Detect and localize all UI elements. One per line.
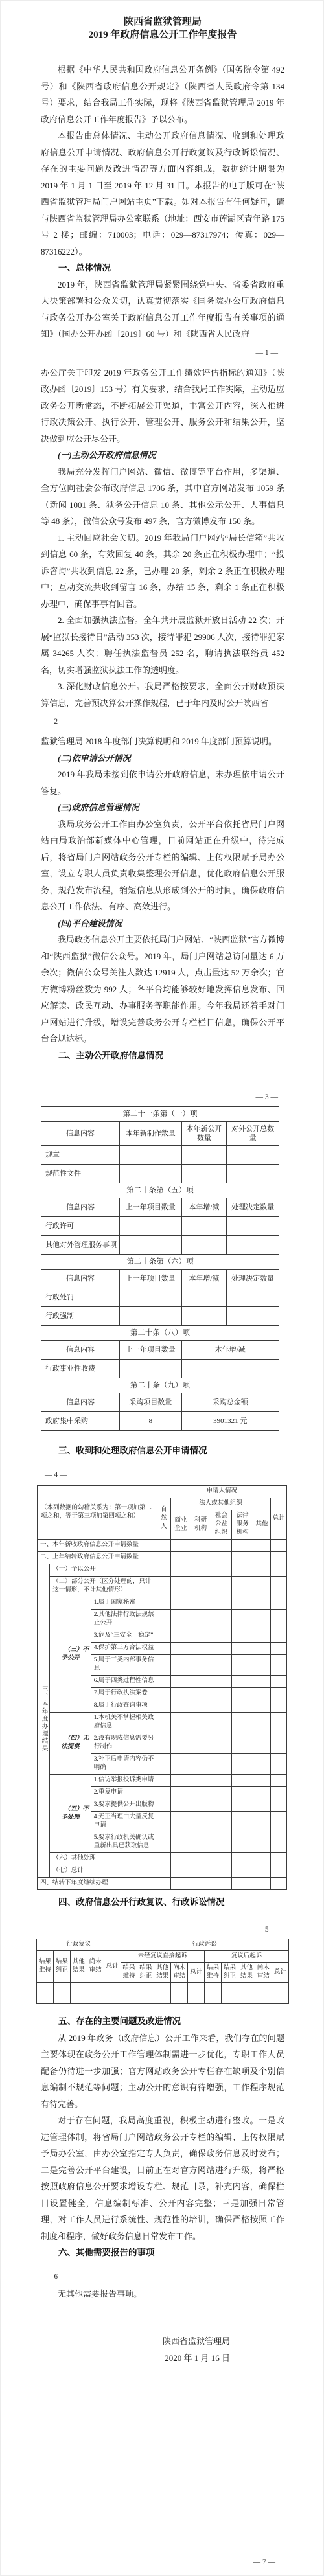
table-cell: 信息内容: [41, 1393, 120, 1412]
table-cell-empty: [211, 1733, 232, 1753]
table-cell-empty: [181, 1165, 227, 1183]
table-cell-empty: [191, 1597, 211, 1609]
document-content: 陕西省监狱管理局 2019 年政府信息公开工作年度报告 根据《中华人民共和国政府…: [1, 1, 323, 2366]
table-cell: 第二十条第（六）项: [41, 1255, 279, 1270]
table-cell-empty: [181, 1236, 227, 1255]
table-cell-empty: [211, 1832, 232, 1852]
table-cell: 行政处罚: [41, 1288, 120, 1307]
table-cell-empty: [170, 1877, 191, 1889]
table-cell-empty: [270, 1753, 286, 1774]
table-cell: 规章: [41, 1146, 120, 1165]
table-cell-empty: [120, 1288, 181, 1307]
table-cell-empty: [211, 1654, 232, 1675]
table-cell: 第二十条第（五）项: [41, 1183, 279, 1198]
subheading-active-disclosure: (一)主动公开政府信息情况: [41, 447, 284, 464]
table-cell-empty: [232, 1786, 253, 1799]
table-cell-empty: [211, 1675, 232, 1687]
table-cell: 总计: [270, 1498, 286, 1539]
paragraph-finance-a: 3. 深化财政信息公开。我局严格按要求，全面公开财政预决算信息，完善预决算公开操…: [41, 678, 284, 711]
table-cell-empty: [232, 1675, 253, 1687]
table-cell-empty: [253, 1774, 271, 1786]
table-cell-empty: [191, 1687, 211, 1700]
table-cell-empty: [157, 1852, 170, 1865]
table-cell-empty: [232, 1865, 253, 1877]
table-cell-empty: [270, 1597, 286, 1609]
table-cell: 4.保护第三方合法权益: [91, 1642, 157, 1654]
table-cell: 5.属于三类内部事务信息: [91, 1654, 157, 1675]
table-cell: 信息内容: [41, 1122, 120, 1146]
table-cell-empty: [211, 1609, 232, 1630]
paragraph-overview-a: 2019 年，陕西省监狱管理局紧紧围绕党中央、省委省政府重大决策部署和公众关切，…: [41, 277, 284, 343]
table-cell-empty: [157, 1712, 170, 1733]
table-cell: 处理决定数量: [227, 1270, 279, 1288]
table-cell: 对外公开总数量: [227, 1122, 279, 1146]
table-cell-empty: [191, 1654, 211, 1675]
table-cell-empty: [211, 1786, 232, 1799]
table-cell: 1.本机关不掌握相关政府信息: [91, 1712, 157, 1733]
paragraph-improvements: 对于存在问题，我局高度重视，积极主动进行整改。一是改进管理体制，将省局门户网站政…: [41, 2112, 284, 2244]
table-cell: 第二十条（八）项: [41, 1326, 279, 1341]
table-cell: （六）其他处理: [50, 1852, 157, 1865]
table-cell-empty: [227, 1146, 279, 1165]
table-cell: 1.信访举报投诉类申请: [91, 1774, 157, 1786]
table-cell: 其他: [253, 1510, 271, 1539]
table-cell-empty: [253, 1675, 271, 1687]
table-cell-empty: [191, 1564, 211, 1576]
table-cell-empty: [270, 1733, 286, 1753]
table-cell-empty: [211, 1576, 232, 1597]
table-cell-empty: [232, 1799, 253, 1811]
table-cell: 3.要求提供公开出版物: [91, 1799, 157, 1811]
table-cell-empty: [120, 1360, 181, 1378]
table-cell-empty: [253, 1564, 271, 1576]
table-cell-empty: [157, 1811, 170, 1832]
table-cell-empty: [270, 1712, 286, 1733]
paragraph-on-request: 2019 年我局未接到依申请公开政府信息，未办理依申请公开答复。: [41, 766, 284, 799]
table-cell: 上一年项目数量: [120, 1198, 181, 1217]
table-cell-empty: [232, 1753, 253, 1774]
table-cell-empty: [170, 1609, 191, 1630]
table-cell-empty: [191, 1877, 211, 1889]
table-cell-empty: [227, 1288, 279, 1307]
table-cell-empty: [181, 1307, 227, 1326]
table-cell-empty: [270, 1642, 286, 1654]
signature-date: 2020 年 1 月 16 日: [41, 2350, 284, 2367]
table-cell: 自然人: [157, 1498, 170, 1539]
table-cell-empty: [253, 1576, 271, 1597]
table-cell: 7.属于行政执法案卷: [91, 1687, 157, 1700]
table-cell: 2.其他法律行政法规禁止公开: [91, 1609, 157, 1630]
table-cell-empty: [211, 1799, 232, 1811]
table-cell-empty: [253, 1799, 271, 1811]
table-cell: 第二十一条第（一）项: [41, 1107, 279, 1122]
table-cell-empty: [253, 1712, 271, 1733]
table-cell-empty: [211, 1852, 232, 1865]
table-cell-empty: [232, 1551, 253, 1564]
paragraph-supervision: 2. 全面加强执法监督。全年共开展监狱开放日活动 22 次；开展“监狱长接待日”…: [41, 612, 284, 678]
table-cell: 采购项目数量: [120, 1393, 181, 1412]
paragraph-problems: 从 2019 年政务（政府信息）公开工作来看，我们存在的问题主要体现在政务公开工…: [41, 2030, 284, 2113]
table-cell-empty: [104, 1983, 121, 2004]
table-cell-empty: [232, 1576, 253, 1597]
table-cell: 6.属于四类过程性信息: [91, 1675, 157, 1687]
table-cell-empty: [270, 1832, 286, 1852]
table-cell-empty: [191, 1733, 211, 1753]
table-cell-empty: [191, 1832, 211, 1852]
table-cell-empty: [191, 1576, 211, 1597]
table-cell-empty: [170, 1753, 191, 1774]
table-cell-empty: [232, 1877, 253, 1889]
table-cell: 四、结转下年度继续办理: [38, 1877, 157, 1889]
table-cell-empty: [191, 1712, 211, 1733]
table-cell-empty: [157, 1539, 170, 1551]
table-cell: 结果维持: [121, 1963, 137, 1983]
table-cell-empty: [137, 1983, 154, 2004]
table-cell: 科研机构: [191, 1510, 211, 1539]
paragraph-info-management: 我局政务公开工作由办公室负责，公开平台依托省局门户网站由局政治部新媒体中心管理，…: [41, 816, 284, 915]
table-cell-empty: [157, 1564, 170, 1576]
table-cell-empty: [270, 1539, 286, 1551]
table-cell: 3.补正后申请内容仍不明确: [91, 1753, 157, 1774]
section-heading-5: 五、存在的主要问题及改进情况: [41, 2013, 284, 2030]
paragraph-intro-2: 本报告由总体情况、主动公开政府信息情况、收到和处理政府信息公开申请情况、政府信息…: [41, 128, 284, 260]
table-cell-empty: [232, 1700, 253, 1712]
table-cell: 法律服务机构: [232, 1510, 253, 1539]
table-cell-empty: [181, 1217, 227, 1236]
table-cell-empty: [170, 1654, 191, 1675]
page-number-2: — 2 —: [41, 716, 284, 727]
table-cell: 第二十条（九）项: [41, 1378, 279, 1393]
table-cell-empty: [253, 1700, 271, 1712]
document-page: 陕西省监狱管理局 2019 年政府信息公开工作年度报告 根据《中华人民共和国政府…: [0, 0, 324, 2576]
table-cell-empty: [191, 1799, 211, 1811]
table-cell: 社会公益组织: [211, 1510, 232, 1539]
table-cell-empty: [181, 1360, 279, 1378]
paragraph-other-matters: 无其他需要报告事项。: [41, 2286, 284, 2303]
table-cell-empty: [232, 1733, 253, 1753]
table-cell: 结果纠正: [53, 1951, 70, 1983]
table-cell: 结果纠正: [221, 1963, 238, 1983]
table-cell-empty: [232, 1687, 253, 1700]
table-cell-empty: [253, 1630, 271, 1642]
table-cell-empty: [211, 1539, 232, 1551]
table-cell-empty: [191, 1675, 211, 1687]
table-cell-empty: [253, 1609, 271, 1630]
subheading-on-request: (二)依申请公开情况: [41, 750, 284, 767]
table-cell-empty: [238, 1983, 255, 2004]
table-cell: 申请人情况: [157, 1485, 286, 1498]
table-cell-empty: [221, 1983, 238, 2004]
table-cell: 本年新制作数量: [120, 1122, 181, 1146]
table-cell: 其他结果: [154, 1963, 171, 1983]
table-cell: 处理决定数量: [227, 1198, 279, 1217]
table-cell-empty: [232, 1539, 253, 1551]
table-cell-empty: [270, 1811, 286, 1832]
table-cell: （三）不予公开: [50, 1597, 91, 1712]
table-cell-empty: [270, 1852, 286, 1865]
table-cell: 行政强制: [41, 1307, 120, 1326]
table-cell-empty: [253, 1597, 271, 1609]
table-cell: 2.重复申请: [91, 1786, 157, 1799]
table-cell-empty: [170, 1799, 191, 1811]
table-cell-empty: [270, 1576, 286, 1597]
table-cell: 总计: [188, 1963, 205, 1983]
table-cell: 本年增/减: [181, 1270, 227, 1288]
table-cell-empty: [211, 1865, 232, 1877]
table-cell-empty: [211, 1811, 232, 1832]
table-cell-empty: [191, 1774, 211, 1786]
table-cell: 信息内容: [41, 1198, 120, 1217]
table-cell: 8: [120, 1412, 181, 1431]
table-cell: 政府集中采购: [41, 1412, 120, 1431]
page-number-1: — 1 —: [41, 348, 284, 358]
table-cell-empty: [232, 1774, 253, 1786]
table-cell-empty: [191, 1539, 211, 1551]
table-cell: 二、上年结转政府信息公开申请数量: [38, 1551, 157, 1564]
table-cell-empty: [170, 1597, 191, 1609]
table-cell-empty: [157, 1609, 170, 1630]
table-cell: 信息内容: [41, 1270, 120, 1288]
table-cell: （二）部分公开（区分处理的，只计这一情形，不计其他情形）: [50, 1576, 157, 1597]
table-cell: 法人或其他组织: [170, 1498, 270, 1510]
table-cell-empty: [253, 1687, 271, 1700]
signature-organization: 陕西省监狱管理局: [41, 2333, 284, 2350]
table-cell-empty: [232, 1852, 253, 1865]
table-cell: 商业企业: [170, 1510, 191, 1539]
table-cell-empty: [157, 1654, 170, 1675]
table-cell: 未经复议直接起诉: [121, 1951, 205, 1963]
table-cell-empty: [37, 1983, 54, 2004]
table-cell: 采购总金额: [181, 1393, 279, 1412]
table-cell-empty: [170, 1852, 191, 1865]
table-cell: 1.属于国家秘密: [91, 1597, 157, 1609]
table-cell-empty: [253, 1551, 271, 1564]
page-number-6: — 6 —: [41, 2272, 284, 2282]
page-number-7: — 7 —: [253, 2557, 276, 2568]
table-cell-empty: [270, 1551, 286, 1564]
paragraph-disclosure-stats: 我局充分发挥门户网站、微信、微博等平台作用，多渠道、全方位向社会公布政府信息 1…: [41, 464, 284, 530]
table-cell-empty: [191, 1551, 211, 1564]
table-cell: 5.要求行政机关确认或重新出具已获取信息: [91, 1832, 157, 1852]
table-cell-empty: [211, 1774, 232, 1786]
table-cell-empty: [211, 1877, 232, 1889]
table-cell-empty: [191, 1852, 211, 1865]
table-cell-empty: [211, 1753, 232, 1774]
table-cell-empty: [120, 1217, 181, 1236]
table-cell-empty: [205, 1983, 222, 2004]
table-cell: 其他结果: [70, 1951, 87, 1983]
table-cell: 4.无正当理由大量反复申请: [91, 1811, 157, 1832]
table-cell: 尚未审结: [255, 1963, 272, 1983]
section-heading-1: 一、总体情况: [41, 260, 284, 277]
table-cell-empty: [191, 1753, 211, 1774]
table-cell-empty: [211, 1551, 232, 1564]
table-cell: 上一年项目数量: [120, 1270, 181, 1288]
table-cell: 复议后起诉: [205, 1951, 289, 1963]
table-cell: （四）无法提供: [50, 1712, 91, 1774]
table-cell-empty: [211, 1712, 232, 1733]
table-cell-empty: [157, 1832, 170, 1852]
table-cell-empty: [232, 1642, 253, 1654]
table-cell-empty: [232, 1654, 253, 1675]
table-cell-empty: [157, 1687, 170, 1700]
table-cell-empty: [232, 1712, 253, 1733]
table-cell-empty: [154, 1983, 171, 2004]
table-cell-empty: [270, 1865, 286, 1877]
table-cell-empty: [270, 1687, 286, 1700]
table-cell-empty: [211, 1630, 232, 1642]
page-number-4: — 4 —: [41, 1470, 284, 1480]
table-cell: 尚未审结: [171, 1963, 188, 1983]
table-cell-empty: [253, 1642, 271, 1654]
table-cell-empty: [232, 1811, 253, 1832]
table-cell-empty: [270, 1877, 286, 1889]
table-cell-empty: [211, 1597, 232, 1609]
table-active-disclosure: 第二十一条第（一）项信息内容本年新制作数量本年新公开数量对外公开总数量规章规范性…: [41, 1106, 284, 1431]
table-cell-empty: [170, 1733, 191, 1753]
table-cell-empty: [120, 1165, 181, 1183]
table-cell-empty: [170, 1576, 191, 1597]
table-cell: 本年增/减: [181, 1341, 279, 1360]
table-cell-empty: [170, 1786, 191, 1799]
table-cell-empty: [170, 1630, 191, 1642]
table-cell-empty: [191, 1630, 211, 1642]
subheading-platform: (四)平台建设情况: [41, 915, 284, 932]
table-cell-empty: [191, 1609, 211, 1630]
table-cell-empty: [170, 1551, 191, 1564]
table-cell: 尚未审结: [87, 1951, 104, 1983]
table-cell-empty: [227, 1236, 279, 1255]
table-cell: 本年增/减: [181, 1198, 227, 1217]
table-cell: 结果维持: [37, 1951, 54, 1983]
table-cell-empty: [157, 1642, 170, 1654]
table-cell-empty: [272, 1983, 288, 2004]
table-cell-empty: [120, 1307, 181, 1326]
table-cell: 2.没有现成信息需要另行制作: [91, 1733, 157, 1753]
table-cell: 三、本年度办理结果: [38, 1564, 50, 1877]
page-number-5: — 5 —: [41, 1924, 284, 1935]
table-cell-empty: [211, 1687, 232, 1700]
table-cell-empty: [270, 1675, 286, 1687]
table-cell: 上一年项目数量: [120, 1341, 181, 1360]
table-cell-empty: [157, 1551, 170, 1564]
table-cell-empty: [232, 1597, 253, 1609]
table-review-litigation: 行政复议行政诉讼结果维持结果纠正其他结果尚未审结总计未经复议直接起诉复议后起诉结…: [36, 1939, 284, 2004]
table-cell-empty: [170, 1865, 191, 1877]
table-cell-empty: [157, 1877, 170, 1889]
table-cell-empty: [253, 1865, 271, 1877]
table-cell-empty: [255, 1983, 272, 2004]
section-heading-4: 四、政府信息公开行政复议、行政诉讼情况: [41, 1894, 284, 1911]
table-cell-empty: [120, 1146, 181, 1165]
table-cell-empty: [170, 1712, 191, 1733]
table-cell-empty: [70, 1983, 87, 2004]
table-cell-empty: [253, 1753, 271, 1774]
table-cell: 其他对外管理服务事项: [41, 1236, 120, 1255]
section-heading-2: 二、主动公开政府信息情况: [41, 1047, 284, 1064]
table-cell-empty: [270, 1799, 286, 1811]
table-cell: 行政诉讼: [121, 1939, 288, 1951]
table-cell-empty: [171, 1983, 188, 2004]
table-cell-empty: [253, 1733, 271, 1753]
table-cell-empty: [170, 1774, 191, 1786]
table-cell-empty: [227, 1165, 279, 1183]
table-cell-empty: [170, 1675, 191, 1687]
table-cell-empty: [157, 1630, 170, 1642]
table-cell-empty: [191, 1700, 211, 1712]
table-cell-empty: [253, 1811, 271, 1832]
table-cell-empty: [253, 1877, 271, 1889]
table-cell: 信息内容: [41, 1341, 120, 1360]
paragraph-intro-1: 根据《中华人民共和国政府信息公开条例》（国务院令第 492 号）和《陕西省政府信…: [41, 62, 284, 128]
table-cell-empty: [191, 1642, 211, 1654]
table-cell-empty: [211, 1700, 232, 1712]
paragraph-finance-b: 监狱管理局 2018 年度部门决算说明和 2019 年度部门预算说明。: [41, 733, 284, 750]
table-cell: 3.危及“三安全一稳定”: [91, 1630, 157, 1642]
table-cell-empty: [232, 1832, 253, 1852]
table-cell-empty: [253, 1852, 271, 1865]
table-cell-empty: [227, 1217, 279, 1236]
table-cell-empty: [211, 1642, 232, 1654]
page-number-3: — 3 —: [41, 1092, 284, 1102]
table-cell-empty: [181, 1146, 227, 1165]
table-cell-empty: [232, 1630, 253, 1642]
table-cell-empty: [270, 1774, 286, 1786]
table-cell-empty: [170, 1700, 191, 1712]
table-cell: 行政许可: [41, 1217, 120, 1236]
table-cell-empty: [170, 1687, 191, 1700]
table-cell-empty: [157, 1753, 170, 1774]
table-cell: 行政事业性收费: [41, 1360, 120, 1378]
table-cell-empty: [170, 1564, 191, 1576]
section-heading-6: 六、其他需要报告的事项: [41, 2244, 284, 2261]
table-cell: 3901321 元: [181, 1412, 279, 1431]
table-cell-empty: [270, 1786, 286, 1799]
table-cell-empty: [270, 1654, 286, 1675]
table-cell-empty: [53, 1983, 70, 2004]
table-cell-empty: [157, 1733, 170, 1753]
table-cell-empty: [170, 1539, 191, 1551]
table-cell-empty: [270, 1700, 286, 1712]
table-cell: （本列数据的勾稽关系为：第一项加第二项之和，等于第三项加第四项之和）: [38, 1485, 157, 1539]
table-cell-empty: [253, 1654, 271, 1675]
table-cell-empty: [170, 1642, 191, 1654]
report-title: 2019 年政府信息公开工作年度报告: [41, 28, 284, 42]
table-cell-empty: [157, 1786, 170, 1799]
table-cell: 总计: [104, 1951, 121, 1983]
table-cell: （五）不予处理: [50, 1774, 91, 1852]
table-cell-empty: [121, 1983, 137, 2004]
table-cell: 8.属于行政查询事项: [91, 1700, 157, 1712]
table-cell-empty: [157, 1774, 170, 1786]
table-cell-empty: [170, 1832, 191, 1852]
paragraph-response: 1. 主动回应社会关切。2019 年我局门户网站“局长信箱”共收到信息 60 条…: [41, 530, 284, 613]
table-cell-empty: [157, 1865, 170, 1877]
table-cell: 一、本年新收政府信息公开申请数量: [38, 1539, 157, 1551]
table-cell-empty: [227, 1307, 279, 1326]
table-cell-empty: [211, 1564, 232, 1576]
table-cell-empty: [157, 1597, 170, 1609]
table-cell: 其他结果: [238, 1963, 255, 1983]
table-cell: 规范性文件: [41, 1165, 120, 1183]
table-cell-empty: [188, 1983, 205, 2004]
subheading-info-management: (三)政府信息管理情况: [41, 799, 284, 816]
table-request-handling: （本列数据的勾稽关系为：第一项加第二项之和，等于第三项加第四项之和）申请人情况自…: [37, 1485, 284, 1890]
table-cell: （一）予以公开: [50, 1564, 157, 1576]
table-cell-empty: [232, 1564, 253, 1576]
table-cell-empty: [157, 1675, 170, 1687]
table-cell-empty: [232, 1609, 253, 1630]
